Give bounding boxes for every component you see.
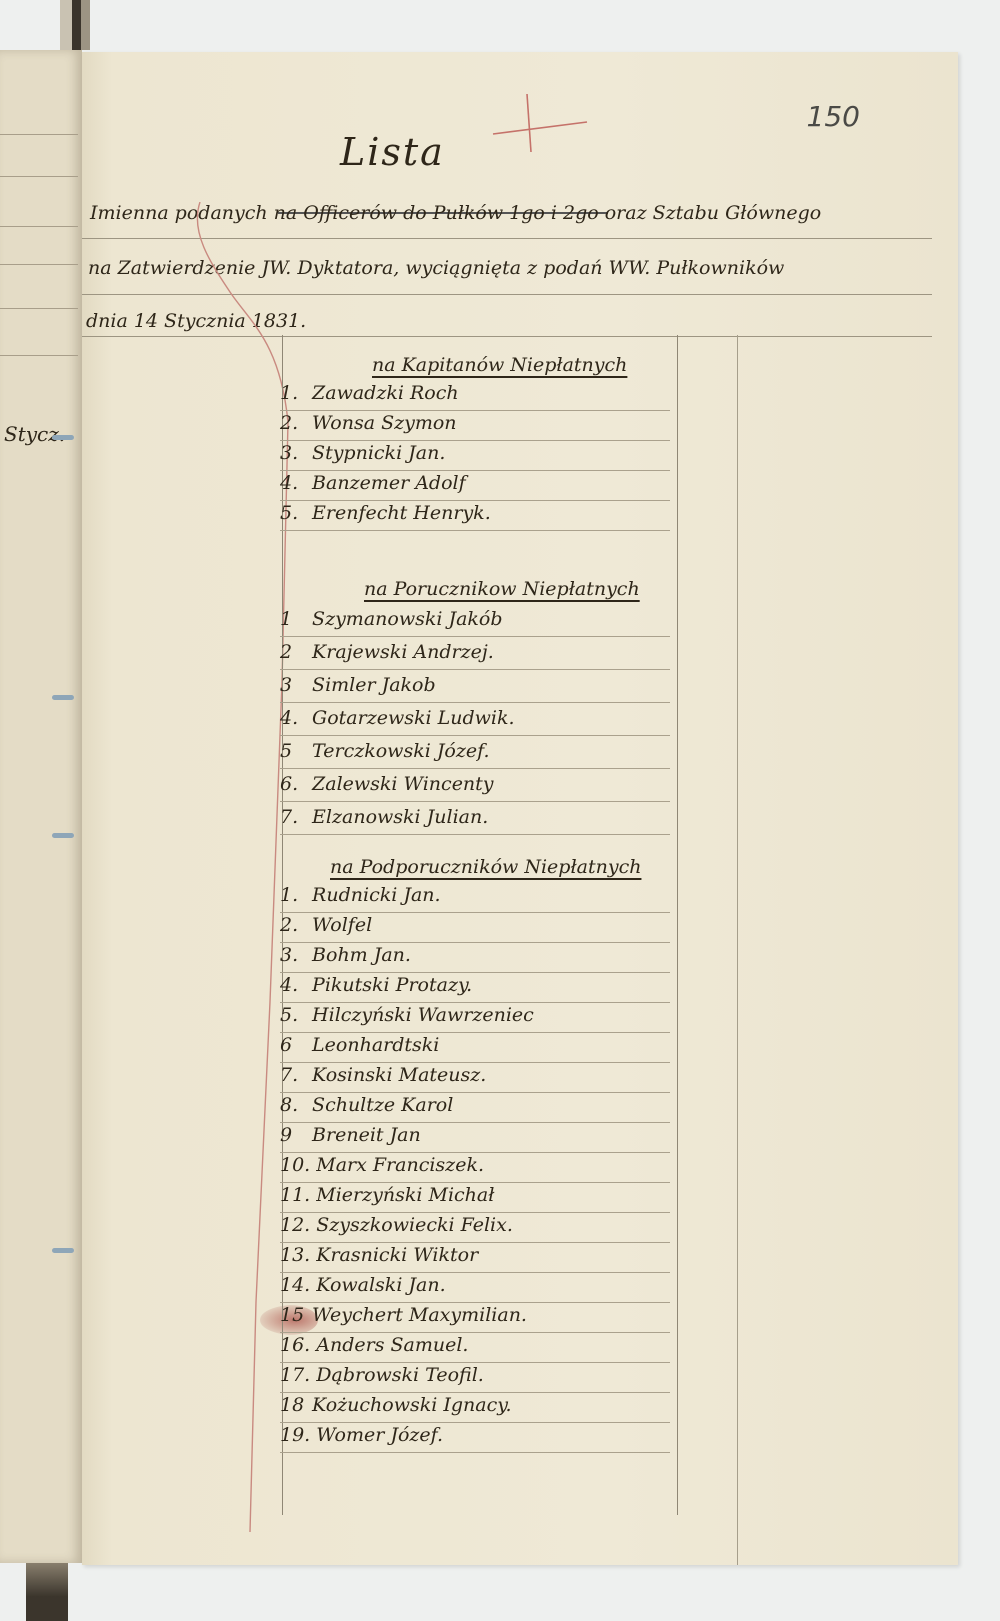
list-item: 3. Bohm Jan. [280,944,670,973]
list-item: 13. Krasnicki Wiktor [280,1244,670,1273]
entry-name: Krasnicki Wiktor [316,1244,478,1266]
list-item: 16. Anders Samuel. [280,1334,670,1363]
entry-name: Erenfecht Henryk. [312,502,491,524]
list-item: 4. Pikutski Protazy. [280,974,670,1003]
entry-name: Zawadzki Roch [312,382,459,404]
entry-name: Terczkowski Józef. [312,740,489,762]
list-item: 4. Gotarzewski Ludwik. [280,707,670,736]
entry-name: Elzanowski Julian. [312,806,488,828]
list-item: 18 Kożuchowski Ignacy. [280,1394,670,1423]
entry-name: Anders Samuel. [316,1334,468,1356]
entry-name: Zalewski Wincenty [312,773,494,795]
entry-number: 2. [280,412,306,434]
entry-name: Szymanowski Jakób [312,608,502,630]
list-item: 4. Banzemer Adolf [280,472,670,501]
entry-number: 18 [280,1394,306,1416]
entry-number: 4. [280,472,306,494]
entry-number: 5. [280,1004,306,1026]
list-item: 5. Erenfecht Henryk. [280,502,670,531]
list-item: 1 Szymanowski Jakób [280,608,670,637]
ruled-line [0,226,78,227]
entry-number: 16. [280,1334,310,1356]
red-pencil-line [170,202,290,1582]
entry-name: Dąbrowski Teofil. [316,1364,484,1386]
entry-name: Marx Franciszek. [316,1154,484,1176]
entry-number: 1. [280,382,306,404]
entry-name: Leonhardtski [312,1034,439,1056]
binding-thread [52,435,74,440]
list-item: 10. Marx Franciszek. [280,1154,670,1183]
entry-number: 3. [280,944,306,966]
binding-thread [52,695,74,700]
list-item: 3 Simler Jakob [280,674,670,703]
entry-number: 3 [280,674,306,696]
entry-number: 8. [280,1094,306,1116]
entry-name: Hilczyński Wawrzeniec [312,1004,534,1026]
entry-number: 2 [280,641,306,663]
entry-name: Kożuchowski Ignacy. [312,1394,511,1416]
ruled-line [0,264,78,265]
folio-number: 150 [807,100,860,133]
binding-thread [52,833,74,838]
ruled-line [0,308,78,309]
list-item: 3. Stypnicki Jan. [280,442,670,471]
entry-number: 9 [280,1124,306,1146]
list-item: 17. Dąbrowski Teofil. [280,1364,670,1393]
red-cross-mark [487,86,597,156]
entry-number: 5. [280,502,306,524]
list-item: 2 Krajewski Andrzej. [280,641,670,670]
list-item: 12. Szyszkowiecki Felix. [280,1214,670,1243]
binding-strip-bottom [26,1560,68,1621]
entry-name: Mierzyński Michał [316,1184,494,1206]
entry-number: 7. [280,1064,306,1086]
entry-number: 19. [280,1424,310,1446]
ruled-line [0,355,78,356]
list-item: 1. Rudnicki Jan. [280,884,670,913]
list-item: 15 Weychert Maxymilian. [280,1304,670,1333]
entry-name: Pikutski Protazy. [312,974,472,996]
entry-name: Weychert Maxymilian. [312,1304,527,1326]
entry-number: 13. [280,1244,310,1266]
entry-number: 1 [280,608,306,630]
entry-number: 6. [280,773,306,795]
entry-number: 12. [280,1214,310,1236]
entry-name: Kosinski Mateusz. [312,1064,486,1086]
entry-name: Breneit Jan [312,1124,421,1146]
entry-number: 15 [280,1304,306,1326]
entry-number: 4. [280,974,306,996]
entry-number: 6 [280,1034,306,1056]
list-item: 2. Wolfel [280,914,670,943]
list-item: 14. Kowalski Jan. [280,1274,670,1303]
column-rule [737,335,738,1565]
entry-name: Wonsa Szymon [312,412,457,434]
entry-name: Bohm Jan. [312,944,411,966]
list-item: 19. Womer Józef. [280,1424,670,1453]
entry-name: Wolfel [312,914,372,936]
entry-number: 17. [280,1364,310,1386]
list-item: 8. Schultze Karol [280,1094,670,1123]
entry-name: Simler Jakob [312,674,436,696]
entry-number: 10. [280,1154,310,1176]
list-item: 6. Zalewski Wincenty [280,773,670,802]
list-item: 5. Hilczyński Wawrzeniec [280,1004,670,1033]
entry-name: Szyszkowiecki Felix. [316,1214,513,1236]
entry-name: Gotarzewski Ludwik. [312,707,514,729]
section-title-second-lieutenants: na Podporuczników Niepłatnych [330,856,641,878]
document-page: 150 Lista Imienna podanych na Officerów … [82,52,958,1565]
section-title-lieutenants: na Porucznikow Niepłatnych [364,578,640,600]
entry-name: Krajewski Andrzej. [312,641,494,663]
binding-thread [52,1248,74,1253]
entry-name: Schultze Karol [312,1094,453,1116]
entry-name: Stypnicki Jan. [312,442,445,464]
ruled-line [0,176,78,177]
entry-number: 7. [280,806,306,828]
entry-number: 4. [280,707,306,729]
list-item: 5 Terczkowski Józef. [280,740,670,769]
left-page-fragment: Stycz. [4,422,65,446]
ruled-line [0,134,78,135]
entry-name: Kowalski Jan. [316,1274,445,1296]
list-item: 11. Mierzyński Michał [280,1184,670,1213]
entry-number: 3. [280,442,306,464]
entry-number: 5 [280,740,306,762]
list-item: 6 Leonhardtski [280,1034,670,1063]
entry-number: 1. [280,884,306,906]
list-item: 2. Wonsa Szymon [280,412,670,441]
list-item: 9 Breneit Jan [280,1124,670,1153]
entry-number: 11. [280,1184,310,1206]
section-title-captains: na Kapitanów Niepłatnych [372,354,627,376]
list-item: 7. Elzanowski Julian. [280,806,670,835]
left-page-edge: Stycz. [0,50,82,1563]
list-item: 1. Zawadzki Roch [280,382,670,411]
entry-number: 14. [280,1274,310,1296]
entry-number: 2. [280,914,306,936]
binding-strip-top [60,0,90,50]
document-title: Lista [340,130,445,174]
list-item: 7. Kosinski Mateusz. [280,1064,670,1093]
entry-name: Womer Józef. [316,1424,443,1446]
entry-name: Rudnicki Jan. [312,884,441,906]
entry-name: Banzemer Adolf [312,472,466,494]
